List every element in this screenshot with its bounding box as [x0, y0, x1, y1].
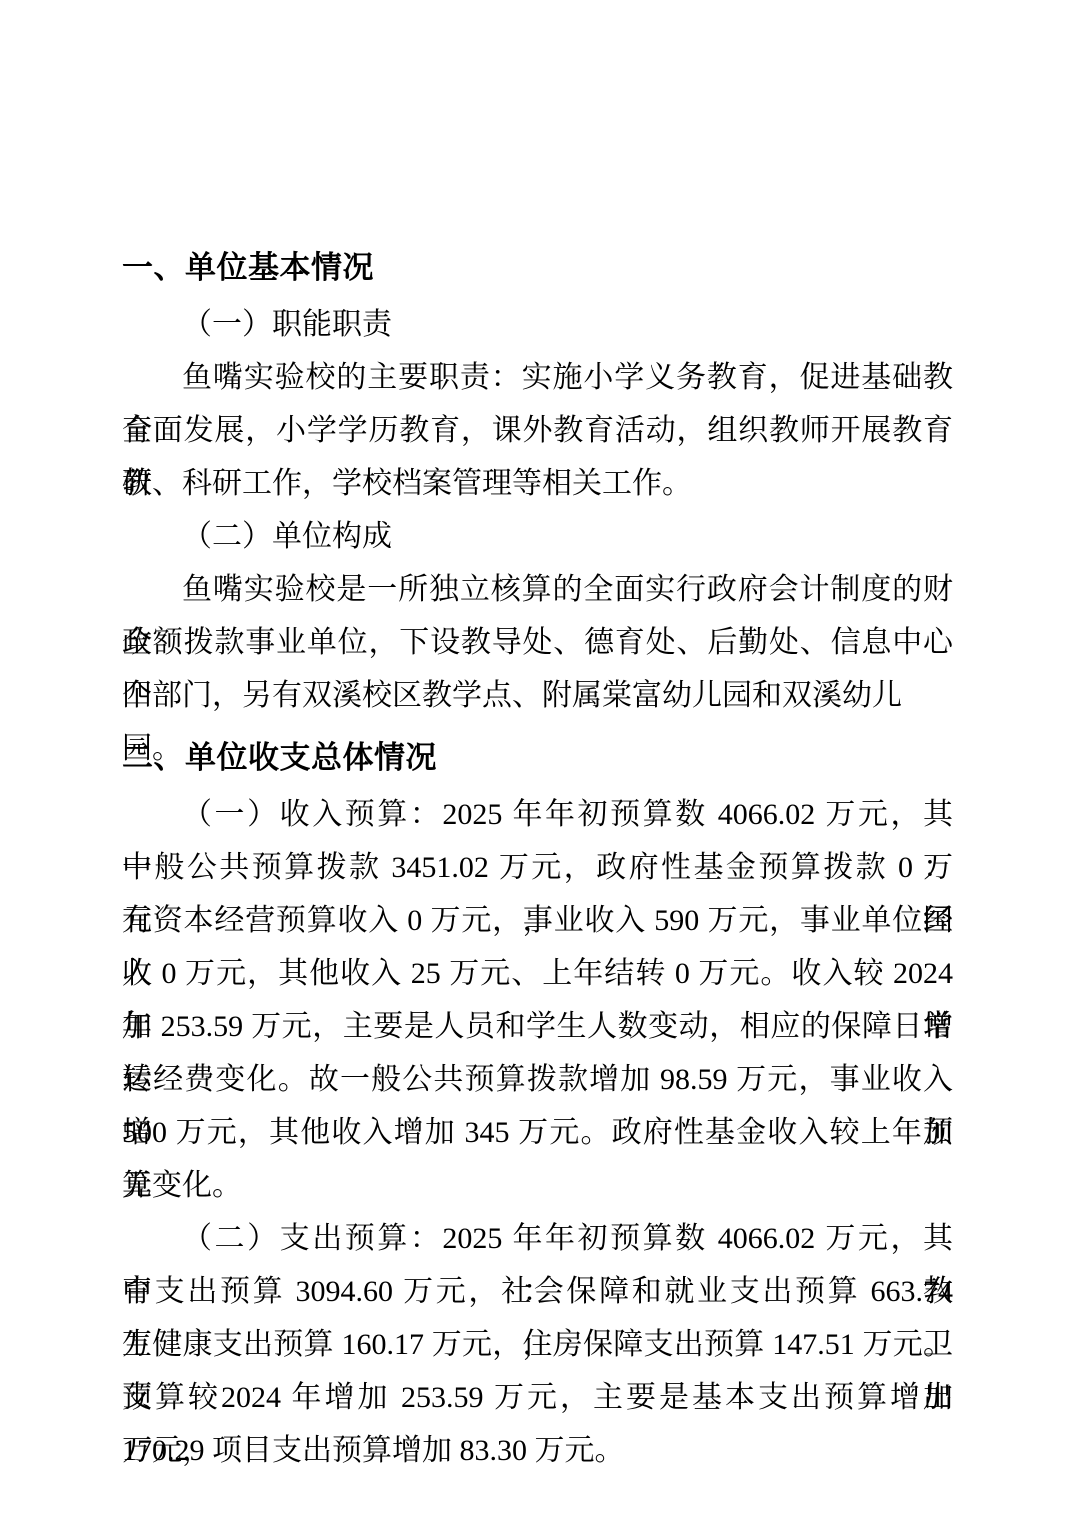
text-line: （一）收入预算：2025 年年初预算数 4066.02 万元，其中： — [122, 788, 953, 841]
text-line: 个部门，另有双溪校区教学点、附属棠富幼儿园和双溪幼儿园。 — [122, 669, 953, 722]
text-line: 预算较2024 年增加 253.59 万元，主要是基本支出预算增加 170.29 — [122, 1371, 953, 1424]
paragraph: （一）职能职责 — [122, 298, 953, 351]
text-line: 生健康支出预算 160.17 万元，住房保障支出预算 147.51 万元。支出 — [122, 1318, 953, 1371]
text-line: 加 253.59 万元，主要是人员和学生人数变动，相应的保障日常运 — [122, 1000, 953, 1053]
text-line: 无变化。 — [122, 1159, 953, 1212]
paragraph: （一）收入预算：2025 年年初预算数 4066.02 万元，其中：一般公共预算… — [122, 788, 953, 1212]
text-line: 鱼嘴实验校是一所独立核算的全面实行政府会计制度的财政 — [122, 563, 953, 616]
section-heading-2: 二、单位收支总体情况 — [122, 728, 953, 788]
text-line: 有资本经营预算收入 0 万元，事业收入 590 万元，事业单位经收 — [122, 894, 953, 947]
document-content: 一、单位基本情况（一）职能职责鱼嘴实验校的主要职责：实施小学义务教育，促进基础教… — [122, 238, 953, 1477]
section-heading-1: 一、单位基本情况 — [122, 238, 953, 298]
document-page: 一、单位基本情况（一）职能职责鱼嘴实验校的主要职责：实施小学义务教育，促进基础教… — [0, 0, 1075, 1520]
text-line: 一般公共预算拨款 3451.02 万元，政府性基金预算拨款 0 万元，国 — [122, 841, 953, 894]
text-line: （一）职能职责 — [122, 298, 953, 351]
paragraph: 鱼嘴实验校是一所独立核算的全面实行政府会计制度的财政全额拨款事业单位，下设教导处… — [122, 563, 953, 722]
text-line: 育支出预算 3094.60 万元，社会保障和就业支出预算 663.74 万，卫 — [122, 1265, 953, 1318]
text-line: 全额拨款事业单位，下设教导处、德育处、后勤处、信息中心四 — [122, 616, 953, 669]
text-line: 入 0 万元，其他收入 25 万元、上年结转 0 万元。收入较 2024年增 — [122, 947, 953, 1000]
text-line: 转经费变化。故一般公共预算拨款增加 98.59 万元，事业收入增加 — [122, 1053, 953, 1106]
text-line: 500 万元，其他收入增加 345 万元。政府性基金收入较上年预算 — [122, 1106, 953, 1159]
paragraph: （二）支出预算：2025 年年初预算数 4066.02 万元，其中：教育支出预算… — [122, 1212, 953, 1477]
text-line: （二）支出预算：2025 年年初预算数 4066.02 万元，其中：教 — [122, 1212, 953, 1265]
text-line: 鱼嘴实验校的主要职责：实施小学义务教育，促进基础教育 — [122, 351, 953, 404]
paragraph: （二）单位构成 — [122, 510, 953, 563]
text-line: 全面发展，小学学历教育，课外教育活动，组织教师开展教育教 — [122, 404, 953, 457]
text-line: 万元，项目支出预算增加 83.30 万元。 — [122, 1424, 953, 1477]
text-line: （二）单位构成 — [122, 510, 953, 563]
paragraph: 鱼嘴实验校的主要职责：实施小学义务教育，促进基础教育全面发展，小学学历教育，课外… — [122, 351, 953, 510]
text-line: 研、科研工作，学校档案管理等相关工作。 — [122, 457, 953, 510]
